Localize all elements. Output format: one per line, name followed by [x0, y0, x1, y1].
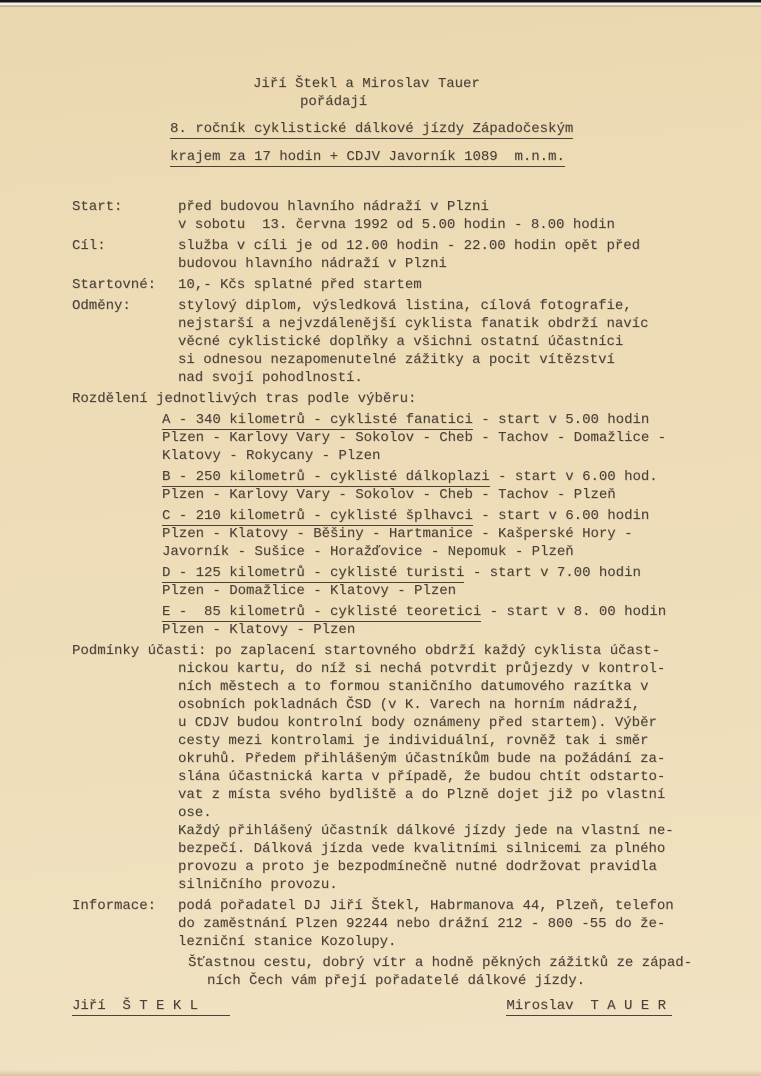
document-header: Jiří Štekl a Miroslav Tauer pořádají 8. … [72, 75, 721, 166]
cil-content: služba v cíli je od 12.00 hodin - 22.00 … [178, 237, 721, 273]
section-startovne: Startovné: 10,- Kčs splatné před startem [72, 276, 721, 294]
podminky-line: silničního provozu. [178, 876, 721, 894]
section-start: Start: před budovou hlavního nádraží v P… [72, 198, 721, 234]
podminky-line: Každý přihlášený účastník dálkové jízdy … [178, 822, 721, 840]
route-c: C - 210 kilometrů - cyklisté šplhavci - … [162, 507, 721, 561]
startovne-content: 10,- Kčs splatné před startem [178, 276, 721, 294]
odmeny-line: nad svojí pohodlností. [178, 369, 721, 387]
section-informace: Informace: podá pořadatel DJ Jiří Štekl,… [72, 897, 721, 951]
podminky-label: Podmínky účasti: [72, 643, 206, 659]
odmeny-label: Odměny: [72, 297, 178, 387]
odmeny-line: stylový diplom, výsledková listina, cílo… [178, 297, 721, 315]
route-b-header: B - 250 kilometrů - cyklisté dálkoplazi … [162, 468, 721, 486]
scan-edge-bottom [0, 1070, 761, 1076]
odmeny-line: věcné cyklistické doplňky a všichni osta… [178, 333, 721, 351]
route-b: B - 250 kilometrů - cyklisté dálkoplazi … [162, 468, 721, 504]
informace-line: do zaměstnání Plzen 92244 nebo drážní 21… [178, 915, 721, 933]
route-e-header: E - 85 kilometrů - cyklisté teoretici - … [162, 603, 721, 621]
cil-line: služba v cíli je od 12.00 hodin - 22.00 … [178, 237, 721, 255]
route-c-header: C - 210 kilometrů - cyklisté šplhavci - … [162, 507, 721, 525]
route-c-line: Javorník - Sušice - Horažďovice - Nepomu… [162, 543, 721, 561]
closing-line: Šťastnou cestu, dobrý vítr a hodně pěkný… [188, 954, 721, 972]
signatures: Jiří Š T E K L Miroslav T A U E R [72, 997, 721, 1015]
start-content: před budovou hlavního nádraží v Plzni v … [178, 198, 721, 234]
podminky-line: bezpečí. Dálková jízda vede kvalitními s… [178, 840, 721, 858]
podminky-line: osobních pokladnách ČSD (v K. Varech na … [178, 696, 721, 714]
document-body: Start: před budovou hlavního nádraží v P… [72, 198, 721, 1015]
route-e-line: Plzen - Klatovy - Plzen [162, 621, 721, 639]
organize-verb-line: pořádají [72, 93, 721, 111]
route-e: E - 85 kilometrů - cyklisté teoretici - … [162, 603, 721, 639]
podminky-line: okruhů. Předem přihlášeným účastníkům bu… [178, 750, 721, 768]
route-b-line: Plzen - Karlovy Vary - Sokolov - Cheb - … [162, 486, 721, 504]
signature-right: Miroslav T A U E R [506, 997, 672, 1015]
scanned-document-page: Jiří Štekl a Miroslav Tauer pořádají 8. … [0, 0, 761, 1076]
organizers-line: Jiří Štekl a Miroslav Tauer [72, 75, 721, 93]
start-line: v sobotu 13. června 1992 od 5.00 hodin -… [178, 216, 721, 234]
podminky-line: ních městech a to formou staničního datu… [178, 678, 721, 696]
cil-label: Cíl: [72, 237, 178, 273]
informace-content: podá pořadatel DJ Jiří Štekl, Habrmanova… [178, 897, 721, 951]
cil-line: budovou hlavního nádraží v Plzni [178, 255, 721, 273]
informace-label: Informace: [72, 897, 178, 951]
podminky-line: vat z místa svého bydliště a do Plzně do… [178, 786, 721, 804]
podminky-line: u CDJV budou kontrolní body oznámeny pře… [178, 714, 721, 732]
signature-left: Jiří Š T E K L [72, 997, 230, 1015]
route-a-line: Plzen - Karlovy Vary - Sokolov - Cheb - … [162, 429, 721, 447]
rozdeleni-heading: Rozdělení jednotlivých tras podle výběru… [72, 390, 721, 408]
start-line: před budovou hlavního nádraží v Plzni [178, 198, 721, 216]
startovne-label: Startovné: [72, 276, 178, 294]
route-a-header: A - 340 kilometrů - cyklisté fanatici - … [162, 411, 721, 429]
startovne-line: 10,- Kčs splatné před startem [178, 276, 721, 294]
document-title: 8. ročník cyklistické dálkové jízdy Zápa… [72, 120, 721, 166]
section-odmeny: Odměny: stylový diplom, výsledková listi… [72, 297, 721, 387]
start-label: Start: [72, 198, 178, 234]
podminky-first-line: Podmínky účasti: po zaplacení startovnéh… [178, 642, 721, 660]
podminky-line: nickou kartu, do níž si nechá potvrdit p… [178, 660, 721, 678]
title-line-2: krajem za 17 hodin + CDJV Javorník 1089 … [170, 148, 721, 166]
podminky-line: provozu a proto je bezpodmínečně nutné d… [178, 858, 721, 876]
closing-message: Šťastnou cestu, dobrý vítr a hodně pěkný… [188, 954, 721, 990]
scan-edge-top [0, 0, 761, 7]
odmeny-content: stylový diplom, výsledková listina, cílo… [178, 297, 721, 387]
informace-line: lezniční stanice Kozolupy. [178, 933, 721, 951]
odmeny-line: si odnesou nezapomenutelné zážitky a poc… [178, 351, 721, 369]
route-d: D - 125 kilometrů - cyklisté turisti - s… [162, 564, 721, 600]
odmeny-line: nejstarší a nejvzdálenější cyklista fana… [178, 315, 721, 333]
podminky-line: ose. [178, 804, 721, 822]
route-a: A - 340 kilometrů - cyklisté fanatici - … [162, 411, 721, 465]
podminky-line: slána účastnická karta v případě, že bud… [178, 768, 721, 786]
section-cil: Cíl: služba v cíli je od 12.00 hodin - 2… [72, 237, 721, 273]
route-d-header: D - 125 kilometrů - cyklisté turisti - s… [162, 564, 721, 582]
route-d-line: Plzen - Domažlice - Klatovy - Plzen [162, 582, 721, 600]
podminky-line: cesty mezi kontrolami je individuální, r… [178, 732, 721, 750]
section-podminky: Podmínky účasti: po zaplacení startovnéh… [72, 642, 721, 894]
route-a-line: Klatovy - Rokycany - Plzen [162, 447, 721, 465]
title-line-1: 8. ročník cyklistické dálkové jízdy Zápa… [170, 120, 721, 138]
closing-line: ních Čech vám přejí pořadatelé dálkové j… [188, 972, 721, 990]
route-c-line: Plzen - Klatovy - Běšiny - Hartmanice - … [162, 525, 721, 543]
informace-line: podá pořadatel DJ Jiří Štekl, Habrmanova… [178, 897, 721, 915]
